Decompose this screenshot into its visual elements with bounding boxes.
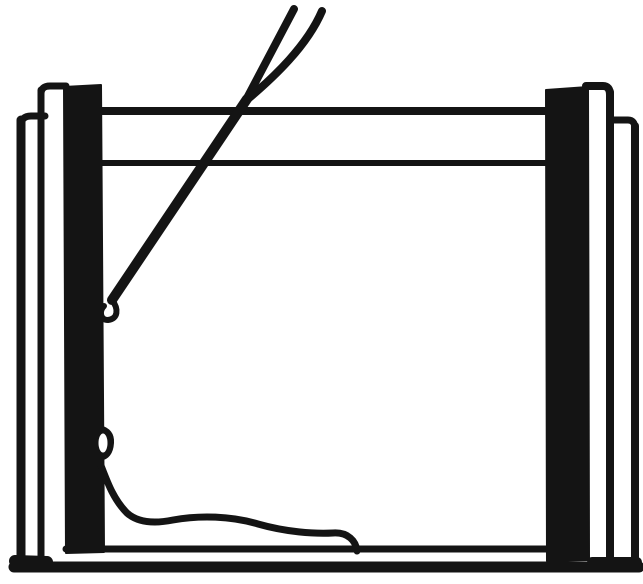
rod-fork-left-strand: [246, 9, 294, 100]
rod-shaft: [112, 99, 247, 300]
right-plate: [546, 87, 589, 561]
figure-line-drawing: [0, 0, 643, 584]
diagram-canvas: [0, 0, 643, 584]
left-plate: [64, 85, 104, 553]
bottom-wire: [100, 463, 357, 551]
right-outer-wall-cap: [614, 120, 635, 129]
left-post-cap: [41, 86, 66, 94]
plate-loop: [99, 425, 115, 461]
bottom-wire-path: [100, 463, 357, 551]
right-post-cap: [586, 86, 610, 95]
bottom-left-joint: [15, 561, 47, 562]
plates: [64, 85, 589, 561]
water-lines: [100, 111, 550, 163]
plate-loop-hole: [99, 434, 108, 453]
